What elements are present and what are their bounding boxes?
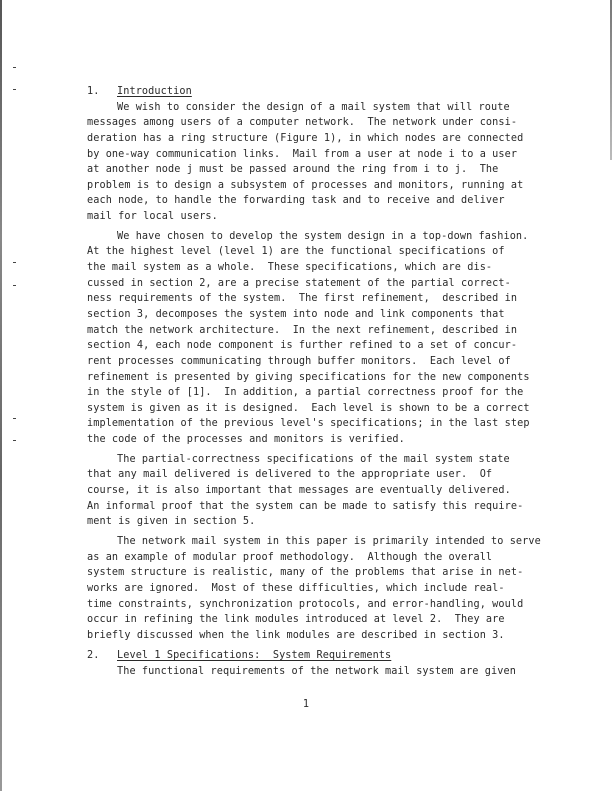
section-2-heading: 2. Level 1 Specifications: System Requir… xyxy=(87,648,547,664)
page-number: 1 xyxy=(0,699,612,710)
text-line: mail for local users. xyxy=(87,209,547,225)
text-line: ness requirements of the system. The fir… xyxy=(87,291,547,307)
section-1-heading: 1. Introduction xyxy=(87,84,547,100)
text-line: We wish to consider the design of a mail… xyxy=(87,100,547,116)
text-line: system structure is realistic, many of t… xyxy=(87,565,547,581)
text-line: We have chosen to develop the system des… xyxy=(87,229,547,245)
section-title: Introduction xyxy=(117,84,192,100)
margin-mark xyxy=(13,418,16,419)
text-line: course, it is also important that messag… xyxy=(87,483,547,499)
section-number: 2. xyxy=(87,648,117,664)
text-line: section 4, each node component is furthe… xyxy=(87,338,547,354)
paragraph: The partial-correctness specifications o… xyxy=(87,452,547,530)
text-line: The functional requirements of the netwo… xyxy=(87,664,547,680)
text-line: The partial-correctness specifications o… xyxy=(87,452,547,468)
text-line: The network mail system in this paper is… xyxy=(87,534,547,550)
text-line: in the style of [1]. In addition, a part… xyxy=(87,385,547,401)
text-line: deration has a ring structure (Figure 1)… xyxy=(87,131,547,147)
text-line: as an example of modular proof methodolo… xyxy=(87,550,547,566)
text-line: implementation of the previous level's s… xyxy=(87,416,547,432)
paragraph: The functional requirements of the netwo… xyxy=(87,664,547,680)
text-line: messages among users of a computer netwo… xyxy=(87,115,547,131)
text-line: briefly discussed when the link modules … xyxy=(87,628,547,644)
paragraph: The network mail system in this paper is… xyxy=(87,534,547,643)
text-line: the code of the processes and monitors i… xyxy=(87,432,547,448)
text-line: occur in refining the link modules intro… xyxy=(87,612,547,628)
text-line: time constraints, synchronization protoc… xyxy=(87,597,547,613)
text-line: that any mail delivered is delivered to … xyxy=(87,467,547,483)
margin-mark xyxy=(13,89,16,90)
text-line: cussed in section 2, are a precise state… xyxy=(87,276,547,292)
text-line: problem is to design a subsystem of proc… xyxy=(87,178,547,194)
text-line: section 3, decomposes the system into no… xyxy=(87,307,547,323)
section-number: 1. xyxy=(87,84,117,100)
margin-mark xyxy=(13,440,16,441)
text-line: works are ignored. Most of these difficu… xyxy=(87,581,547,597)
paragraph: We wish to consider the design of a mail… xyxy=(87,100,547,225)
text-line: match the network architecture. In the n… xyxy=(87,323,547,339)
text-line: ment is given in section 5. xyxy=(87,514,547,530)
text-line: at another node j must be passed around … xyxy=(87,162,547,178)
section-title: Level 1 Specifications: System Requireme… xyxy=(117,648,391,664)
document-page: 1. Introduction We wish to consider the … xyxy=(87,84,547,680)
text-line: system is given as it is designed. Each … xyxy=(87,401,547,417)
text-line: each node, to handle the forwarding task… xyxy=(87,193,547,209)
text-line: the mail system as a whole. These specif… xyxy=(87,260,547,276)
margin-mark xyxy=(13,262,16,263)
margin-mark xyxy=(13,67,16,68)
paragraph: We have chosen to develop the system des… xyxy=(87,229,547,448)
text-line: by one-way communication links. Mail fro… xyxy=(87,147,547,163)
scan-edge-left xyxy=(0,0,2,791)
text-line: rent processes communicating through buf… xyxy=(87,354,547,370)
margin-mark xyxy=(13,285,16,286)
text-line: refinement is presented by giving specif… xyxy=(87,370,547,386)
text-line: An informal proof that the system can be… xyxy=(87,499,547,515)
text-line: At the highest level (level 1) are the f… xyxy=(87,244,547,260)
